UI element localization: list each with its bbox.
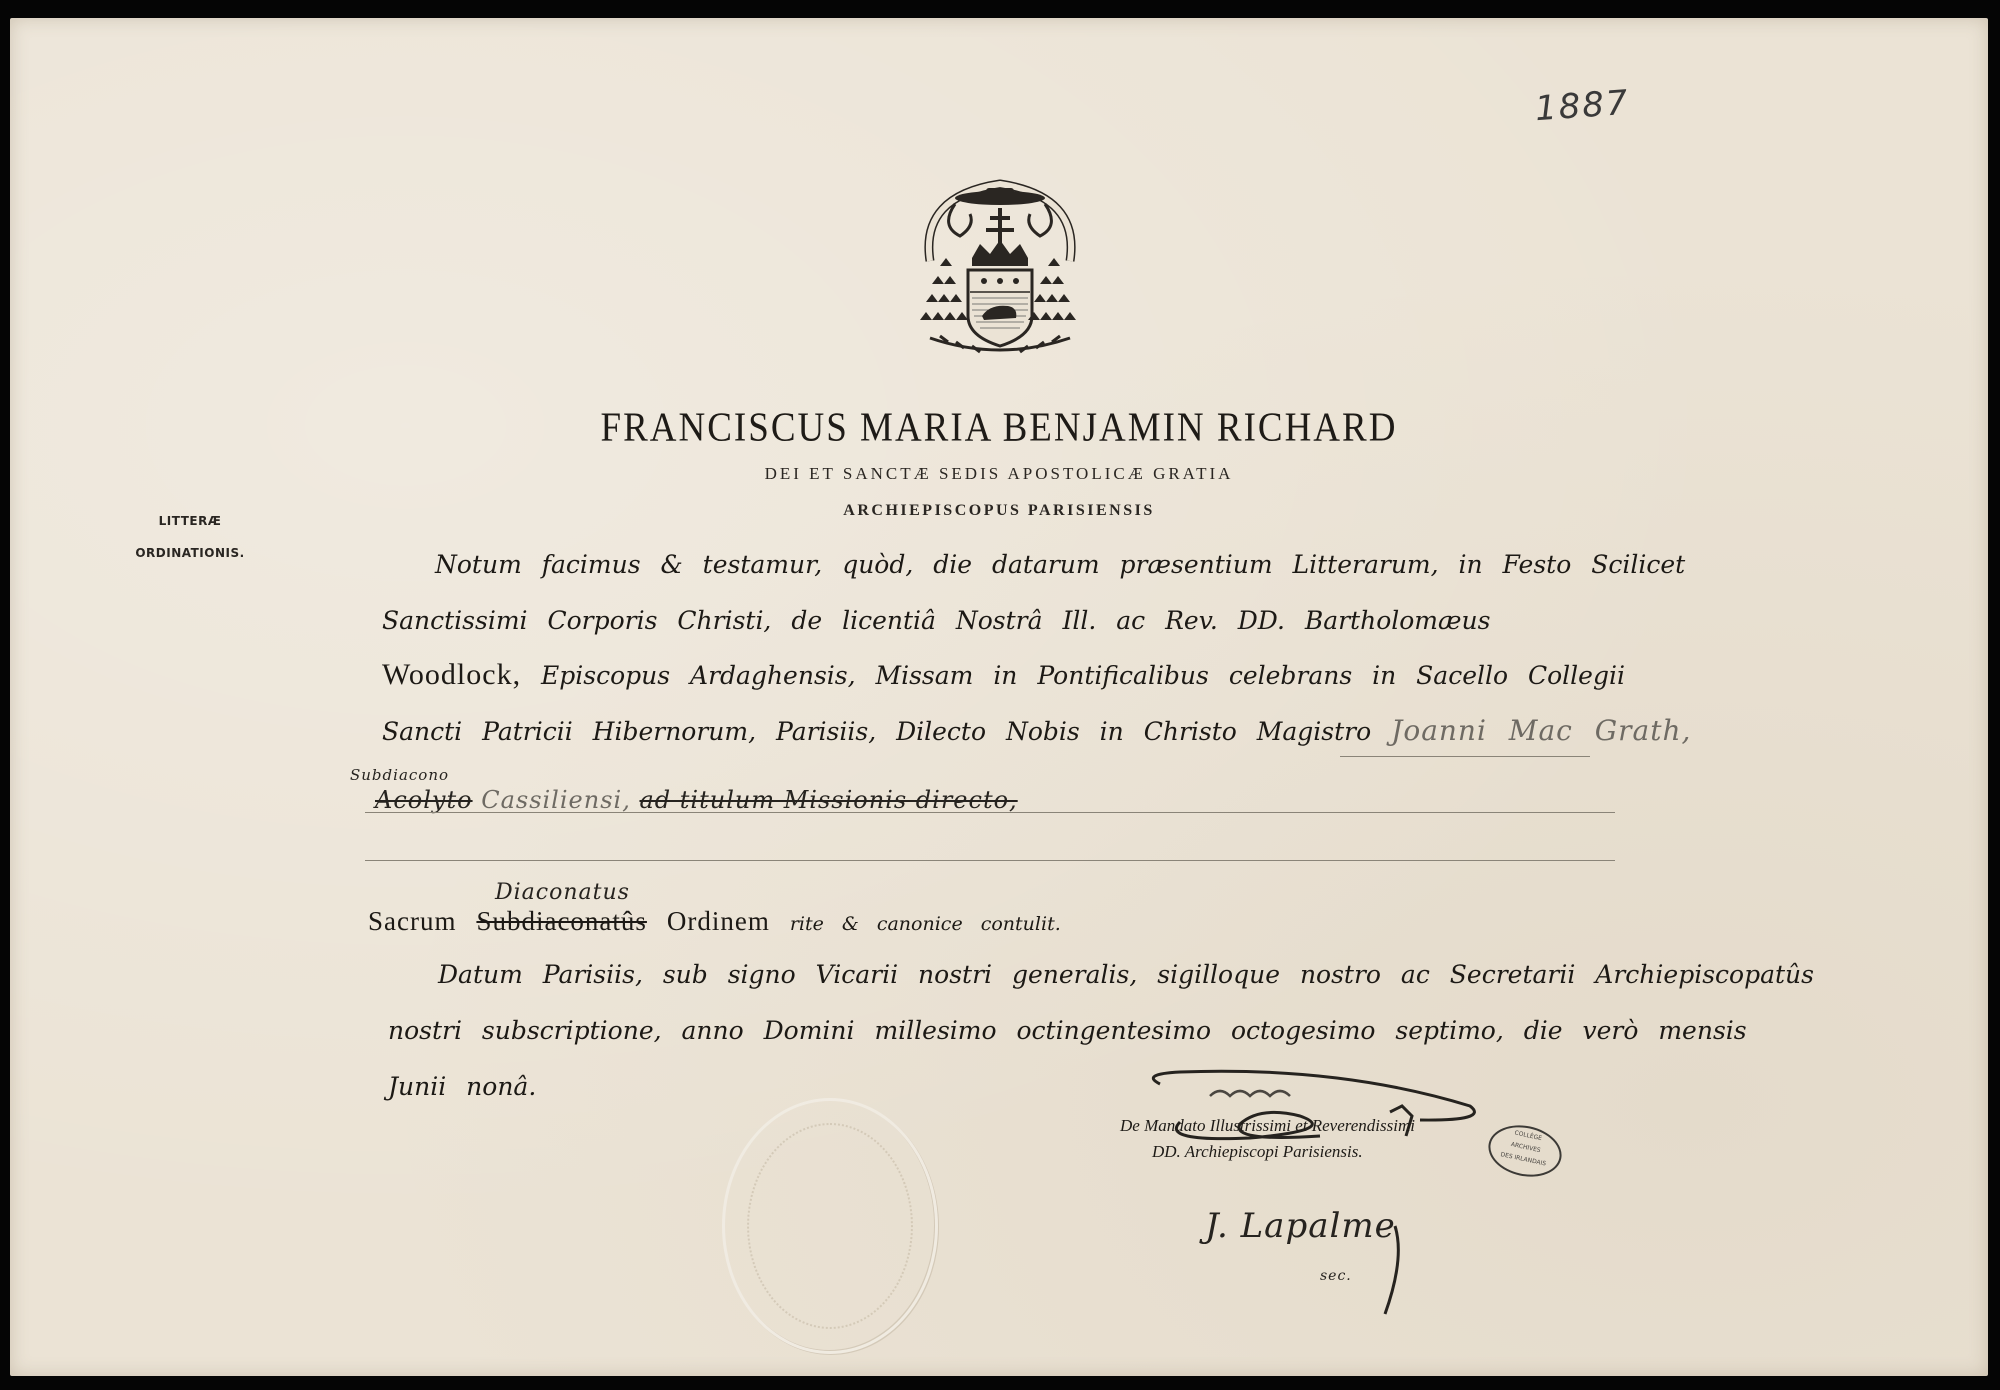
struck-acolyto: Acolyto <box>375 786 473 814</box>
bishop-surname: Woodlock, <box>382 658 521 691</box>
pencil-year-annotation: 1887 <box>1534 83 1631 129</box>
body-line-5: Acolyto Cassiliensi, ad titulum Missioni… <box>375 786 1018 814</box>
body-line-2: Sanctissimi Corporis Christi, de licenti… <box>382 606 1490 635</box>
diocese-text: Cassiliensi, <box>481 786 631 814</box>
form-rule-2 <box>365 860 1615 861</box>
archbishop-name-heading: FRANCISCUS MARIA BENJAMIN RICHARD <box>10 403 1988 451</box>
mandate-line-2: DD. Archiepiscopi Parisiensis. <box>1152 1142 1363 1162</box>
body-line-3: Woodlock, Episcopus Ardaghensis, Missam … <box>382 658 1625 692</box>
insert-diaconatus: Diaconatus <box>495 880 630 905</box>
embossed-seal-icon <box>722 1098 938 1354</box>
name-underline <box>1340 756 1590 757</box>
secretary-suffix: sec. <box>1320 1268 1352 1284</box>
ordinem-word: Ordinem <box>667 906 770 936</box>
margin-label-ordinationis: ORDINATIONIS. <box>120 546 260 560</box>
coat-of-arms-icon <box>900 166 1100 366</box>
certificate-paper: 1887 FRANCISCUS MARIA BENJAMIN RICHARD D… <box>10 18 1988 1376</box>
body-line-6-text: rite & canonice contulit. <box>790 913 1061 935</box>
body-line-6: Sacrum Subdiaconatûs Ordinem rite & cano… <box>368 906 1061 937</box>
body-line-4: Sancti Patricii Hibernorum, Parisiis, Di… <box>382 714 1691 747</box>
seal-inner-ring <box>747 1123 913 1329</box>
insert-subdiacono: Subdiacono <box>350 766 449 784</box>
margin-label-litterae: LITTERÆ <box>120 514 260 528</box>
ordinand-name: Joanni Mac Grath, <box>1391 714 1691 747</box>
header-office: ARCHIEPISCOPUS PARISIENSIS <box>10 502 1988 520</box>
struck-missionis: ad titulum Missionis directo, <box>639 786 1017 814</box>
sacrum-word: Sacrum <box>368 906 456 936</box>
header-subtitle: DEI ET SANCTÆ SEDIS APOSTOLICÆ GRATIA <box>10 464 1988 484</box>
body-line-7: Datum Parisiis, sub signo Vicarii nostri… <box>438 960 1814 989</box>
body-line-3-text: Episcopus Ardaghensis, Missam in Pontifi… <box>541 661 1625 690</box>
signature-stroke-icon <box>1355 1218 1435 1318</box>
body-line-8: nostri subscriptione, anno Domini milles… <box>388 1016 1747 1045</box>
struck-subdiaconatus: Subdiaconatûs <box>476 906 646 936</box>
secretary-signature: J. Lapalme sec. <box>1205 1198 1445 1318</box>
body-line-4-text: Sancti Patricii Hibernorum, Parisiis, Di… <box>382 717 1371 746</box>
form-rule-1 <box>365 812 1615 813</box>
body-line-9: Junii nonâ. <box>388 1072 536 1101</box>
archive-stamp: COLLÈGE ARCHIVES DES IRLANDAIS <box>1484 1119 1567 1183</box>
body-line-1: Notum facimus & testamur, quòd, die data… <box>435 550 1685 579</box>
mandate-line-1: De Mandato Illustrissimi et Reverendissi… <box>1120 1116 1415 1136</box>
